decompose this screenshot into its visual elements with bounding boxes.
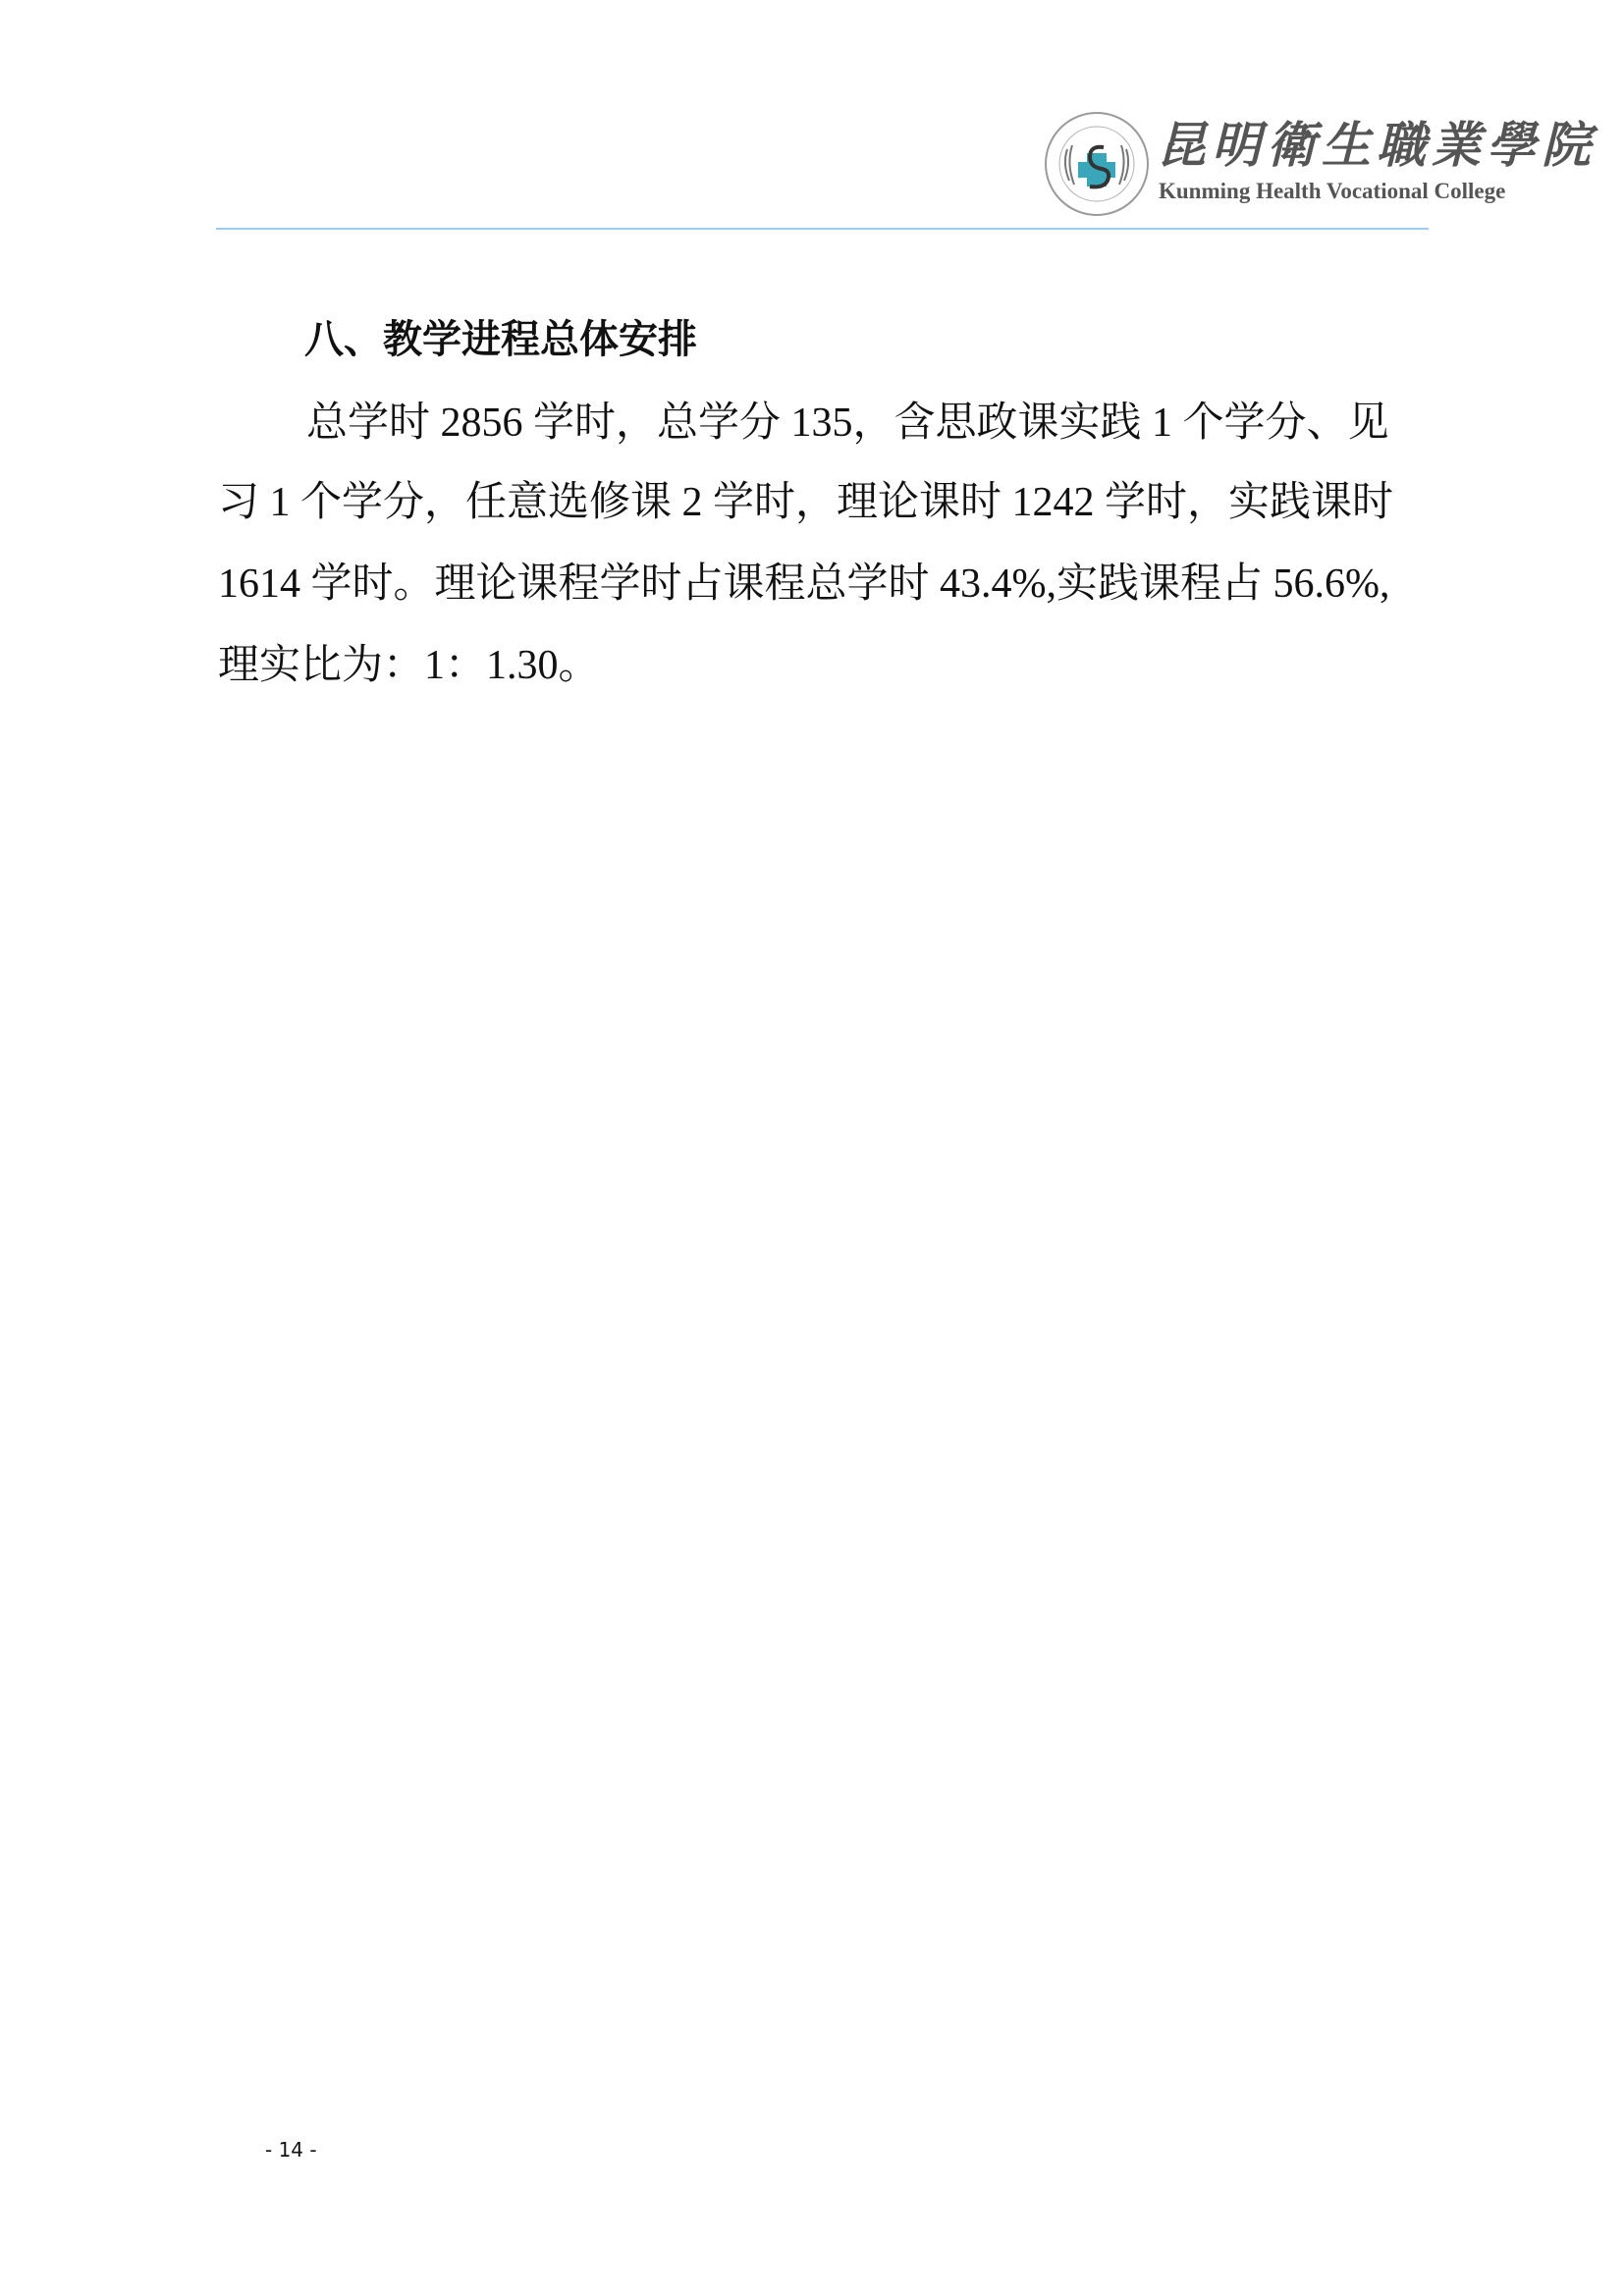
document-page: 昆明衛生職業學院 Kunming Health Vocational Colle… xyxy=(0,0,1624,2296)
paragraph-line-3: 1614 学时。理论课程学时占课程总学时 43.4%,实践课程占 56.6%, xyxy=(218,557,1389,612)
college-name-english: Kunming Health Vocational College xyxy=(1159,179,1505,204)
college-name-chinese: 昆明衛生職業學院 xyxy=(1157,118,1597,173)
paragraph-line-2: 习 1 个学分，任意选修课 2 学时，理论课时 1242 学时，实践课时 xyxy=(218,475,1393,530)
page-number: - 14 - xyxy=(265,2138,317,2162)
header-divider xyxy=(216,228,1429,230)
college-seal-icon xyxy=(1043,110,1151,218)
section-heading: 八、教学进程总体安排 xyxy=(304,312,697,367)
paragraph-line-1: 总学时 2856 学时，总学分 135，含思政课实践 1 个学分、见 xyxy=(306,396,1389,451)
paragraph-line-4: 理实比为：1：1.30。 xyxy=(218,638,600,693)
